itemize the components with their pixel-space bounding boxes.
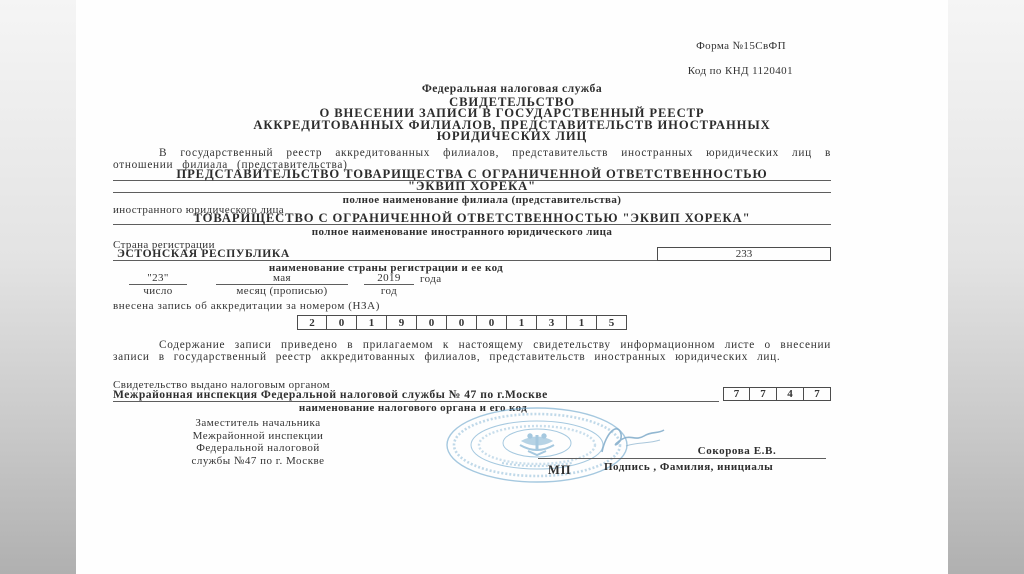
nza-digit-boxes-item: 2 bbox=[297, 315, 327, 330]
certificate-document: Форма №15СвФП Код по КНД 1120401 Федерал… bbox=[76, 0, 948, 574]
official-title-item: Межрайонной инспекции bbox=[166, 430, 350, 443]
country-name: ЭСТОНСКАЯ РЕСПУБЛИКА bbox=[113, 247, 657, 261]
nza-digit-boxes-item: 0 bbox=[447, 315, 477, 330]
official-title: Заместитель начальникаМежрайонной инспек… bbox=[166, 417, 350, 467]
nza-digit-boxes-item: 3 bbox=[537, 315, 567, 330]
certificate-title-item: ЮРИДИЧЕСКИХ ЛИЦ bbox=[76, 131, 948, 142]
tax-code-boxes-item: 7 bbox=[750, 387, 777, 401]
tax-code-boxes-item: 7 bbox=[723, 387, 750, 401]
date-year-suffix: года bbox=[420, 273, 442, 285]
slide-right-margin bbox=[948, 0, 1024, 574]
certificate-title: СВИДЕТЕЛЬСТВОО ВНЕСЕНИИ ЗАПИСИ В ГОСУДАР… bbox=[76, 97, 948, 143]
date-year-label: год bbox=[364, 285, 414, 297]
date-day-label: число bbox=[129, 285, 187, 297]
foreign-entity-caption: полное наименование иностранного юридиче… bbox=[76, 226, 848, 238]
nza-digit-boxes-item: 0 bbox=[327, 315, 357, 330]
date-month: мая bbox=[216, 272, 348, 285]
certificate-page: Форма №15СвФП Код по КНД 1120401 Федерал… bbox=[0, 0, 1024, 574]
signature-caption: Подпись , Фамилия, инициалы bbox=[604, 461, 773, 473]
signature-rule: Сокорова Е.В. bbox=[538, 445, 826, 459]
form-number: Форма №15СвФП bbox=[696, 40, 786, 52]
branch-name-line2: "ЭКВИП ХОРЕКА" bbox=[113, 181, 831, 193]
nza-digit-boxes-item: 1 bbox=[357, 315, 387, 330]
tax-authority-name: Межрайонная инспекция Федеральной налого… bbox=[113, 388, 719, 402]
stamp-place-mark: МП bbox=[548, 463, 572, 478]
nza-digit-boxes: 20190001315 bbox=[297, 315, 627, 330]
nza-digit-boxes-item: 0 bbox=[417, 315, 447, 330]
official-title-item: Федеральной налоговой bbox=[166, 442, 350, 455]
tax-code-boxes-item: 7 bbox=[804, 387, 831, 401]
country-code-box: 233 bbox=[657, 247, 831, 261]
nza-digit-boxes-item: 9 bbox=[387, 315, 417, 330]
date-month-label: месяц (прописью) bbox=[216, 285, 348, 297]
foreign-entity-name: ТОВАРИЩЕСТВО С ОГРАНИЧЕННОЙ ОТВЕТСТВЕННО… bbox=[113, 213, 831, 225]
nza-digit-boxes-item: 1 bbox=[507, 315, 537, 330]
nza-digit-boxes-item: 1 bbox=[567, 315, 597, 330]
slide-left-margin bbox=[0, 0, 76, 574]
tax-code-boxes-item: 4 bbox=[777, 387, 804, 401]
official-title-item: Заместитель начальника bbox=[166, 417, 350, 430]
date-day: "23" bbox=[129, 272, 187, 285]
nza-digit-boxes-item: 5 bbox=[597, 315, 627, 330]
date-year: 2019 bbox=[364, 272, 414, 285]
agency-name: Федеральная налоговая служба bbox=[76, 82, 948, 95]
signatory-name: Сокорова Е.В. bbox=[538, 445, 826, 457]
nza-label: внесена запись об аккредитации за номеро… bbox=[113, 300, 380, 312]
tax-code-boxes: 7747 bbox=[723, 387, 831, 401]
knd-code: Код по КНД 1120401 bbox=[688, 65, 793, 77]
nza-digit-boxes-item: 0 bbox=[477, 315, 507, 330]
official-title-item: службы №47 по г. Москве bbox=[166, 455, 350, 468]
content-paragraph: Содержание записи приведено в прилагаемо… bbox=[113, 340, 831, 363]
